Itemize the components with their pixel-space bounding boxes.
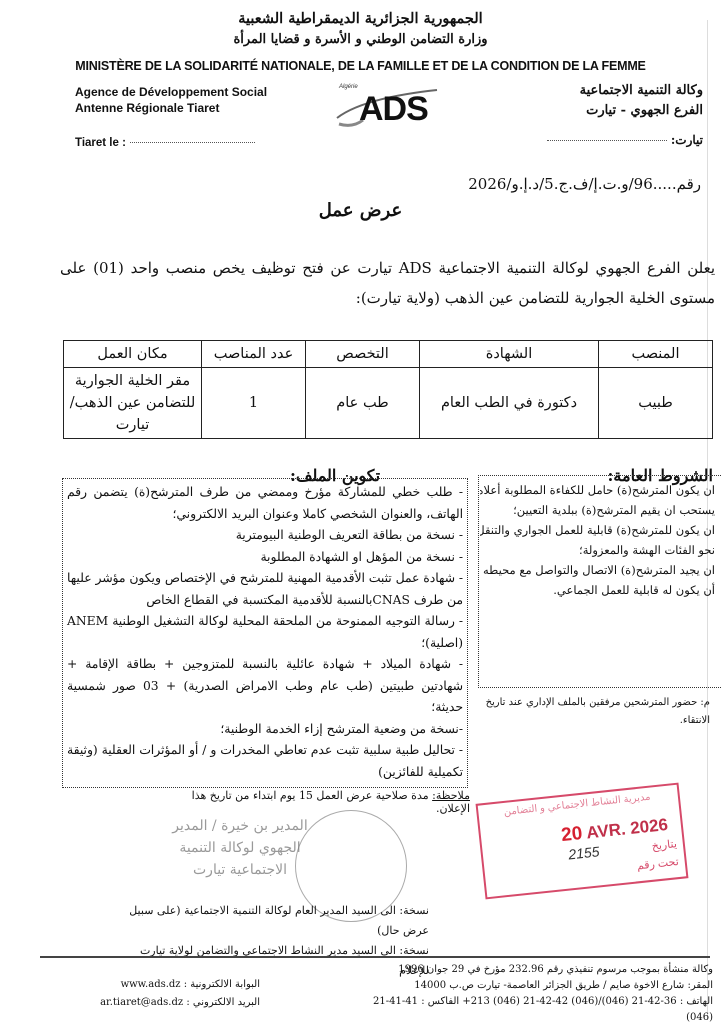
cell-degree: دكتورة في الطب العام	[420, 368, 599, 439]
cell-position: طبيب	[599, 368, 713, 439]
footer-decree: وكالة منشأة بموجب مرسوم تنفيذي رقم 232.9…	[353, 962, 713, 978]
col-header-specialty: التخصص	[306, 341, 420, 368]
dossier-list: - طلب خطي للمشاركة مؤرخ وممضي من طرف الم…	[67, 482, 463, 783]
list-item: -نسخة من وضعية المترشح إزاء الخدمة الوطن…	[67, 719, 463, 741]
footer-address: وكالة منشأة بموجب مرسوم تنفيذي رقم 232.9…	[353, 962, 713, 1024]
note-label: ملاحظة:	[432, 789, 470, 802]
jobs-table: المنصب الشهادة التخصص عدد المناصب مكان ا…	[63, 340, 713, 439]
footer-email-link[interactable]: البريد الالكتروني : ar.tiaret@ads.dz	[90, 994, 260, 1012]
footer-address-line: المقر: شارع الاخوة صايم / طريق الجزائر ا…	[353, 978, 713, 994]
footer-contact: البوابة الالكترونية : www.ads.dz البريد …	[90, 976, 260, 1012]
validity-note: ملاحظة: مدة صلاحية عرض العمل 15 يوم ابتد…	[180, 789, 470, 815]
ads-logo: Algérie ADS	[333, 84, 443, 132]
footer-portal-link[interactable]: البوابة الالكترونية : www.ads.dz	[90, 976, 260, 994]
stamp-signature: 2155	[568, 843, 601, 862]
agency-fr: Agence de Développement Social Antenne R…	[75, 84, 267, 116]
col-header-count: عدد المناصب	[202, 341, 306, 368]
date-field-ar: تيارت:	[547, 133, 703, 147]
note-text: مدة صلاحية عرض العمل 15 يوم ابتداء من تا…	[192, 789, 470, 815]
list-item: نحو الفئات الهشة والمعزولة؛	[480, 540, 715, 560]
footer-phone: الهاتف : 36-42-21 (046)/(046) 42-42-21 (…	[353, 994, 713, 1024]
list-item: ان يجيد المترشح(ة) الاتصال والتواصل مع م…	[480, 560, 715, 580]
list-item: - نسخة من المؤهل او الشهادة المطلوبة	[67, 547, 463, 569]
received-stamp: مديرية النشاط الاجتماعي و التضامن 20 AVR…	[476, 783, 689, 900]
table-row: طبيب دكتورة في الطب العام طب عام 1 مقر ا…	[64, 368, 713, 439]
list-item: ان يكون المترشح(ة) حامل للكفاءة المطلوبة…	[480, 480, 715, 500]
logo-tag: Algérie	[339, 84, 358, 90]
list-item: - شهادة الميلاد + شهادة عائلية بالنسبة ل…	[67, 654, 463, 719]
agency-fr-line1: Agence de Développement Social	[75, 84, 267, 100]
stamp-number-label: تحت رقم	[636, 855, 679, 872]
conditions-list: ان يكون المترشح(ة) حامل للكفاءة المطلوبة…	[480, 480, 715, 600]
cell-count: 1	[202, 368, 306, 439]
ministry-header-fr: MINISTÈRE DE LA SOLIDARITÉ NATIONALE, DE…	[0, 59, 721, 73]
logo-text: ADS	[359, 90, 428, 129]
cell-specialty: طب عام	[306, 368, 420, 439]
signature-block: المدير بن خيرة / المدير الجهوي لوكالة ال…	[170, 815, 310, 881]
copy-line: نسخة: الى السيد المدير العام لوكالة التن…	[109, 901, 429, 941]
reference-number: رقم.....96/و.ت.إ/ف.ج.5/د.إ.و/2026	[468, 175, 701, 193]
date-label-fr: Tiaret le :	[75, 137, 126, 149]
agency-ar: وكالة التنمية الاجتماعية الفرع الجهوي - …	[580, 81, 703, 121]
list-item: - طلب خطي للمشاركة مؤرخ وممضي من طرف الم…	[67, 482, 463, 525]
intro-paragraph: يعلن الفرع الجهوي لوكالة التنمية الاجتما…	[60, 253, 715, 313]
footer-divider	[40, 956, 710, 958]
date-field-fr: Tiaret le :	[75, 137, 255, 149]
agency-ar-line1: وكالة التنمية الاجتماعية	[580, 81, 703, 101]
stamp-date-day: 20	[560, 823, 583, 846]
agency-fr-line2: Antenne Régionale Tiaret	[75, 100, 267, 116]
republic-header-ar: الجمهورية الجزائرية الديمقراطية الشعبية	[0, 10, 721, 27]
list-item: - نسخة من بطاقة التعريف الوطنية البيومتر…	[67, 525, 463, 547]
table-header-row: المنصب الشهادة التخصص عدد المناصب مكان ا…	[64, 341, 713, 368]
presence-note: م: حضور المترشحين مرفقين بالملف الإداري …	[470, 694, 710, 730]
col-header-workplace: مكان العمل	[64, 341, 202, 368]
col-header-degree: الشهادة	[420, 341, 599, 368]
ministry-header-ar: وزارة التضامن الوطني و الأسرة و قضايا ال…	[0, 32, 721, 47]
list-item: أن يكون له قابلية للعمل الجماعي.	[480, 580, 715, 600]
agency-ar-line2: الفرع الجهوي - تيارت	[580, 101, 703, 121]
page-title: عرض عمل	[0, 200, 721, 221]
stamp-date-label: يتاريخ	[651, 837, 677, 853]
list-item: - شهادة عمل تثبت الأقدمية المهنية للمترش…	[67, 568, 463, 611]
list-item: ان يكون للمترشح(ة) قابلية للعمل الجواري …	[480, 520, 715, 540]
date-label-ar: تيارت:	[671, 133, 703, 147]
cell-workplace: مقر الخلية الجوارية للتضامن عين الذهب/تي…	[64, 368, 202, 439]
list-item: يستحب ان يقيم المترشح(ة) ببلدية التعيين؛	[480, 500, 715, 520]
list-item: - تحاليل طبية سلبية تثبت عدم تعاطي المخد…	[67, 740, 463, 783]
date-dotted-line	[130, 142, 255, 143]
list-item: - رسالة التوجيه الممنوحة من الملحقة المح…	[67, 611, 463, 654]
col-header-position: المنصب	[599, 341, 713, 368]
date-dotted-line-ar	[547, 140, 667, 141]
